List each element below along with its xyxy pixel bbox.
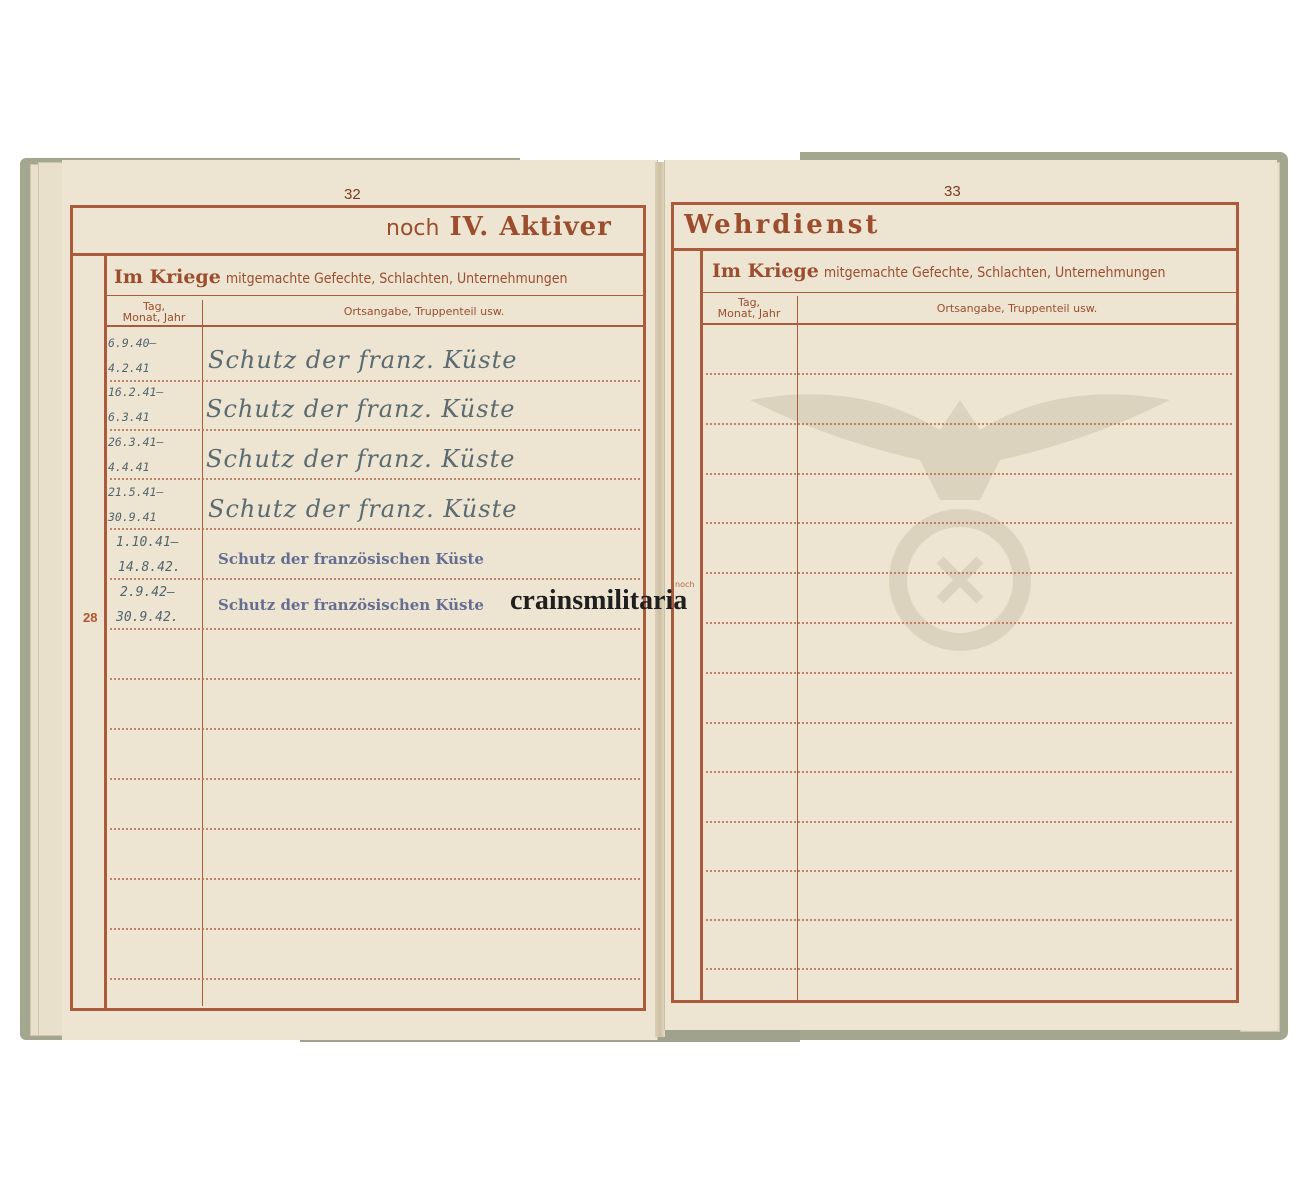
row-line — [706, 373, 1232, 375]
row-line — [110, 928, 640, 930]
row-line — [706, 522, 1232, 524]
entry-date-from: 26.3.41– — [108, 436, 163, 448]
heading-divider — [106, 295, 644, 296]
col-header-place: Ortsangabe, Truppenteil usw. — [206, 306, 642, 317]
entry-text-stamp: Schutz der französischen Küste — [218, 550, 484, 568]
margin-page-reference: 28 — [83, 610, 97, 625]
col-header-date-line2: Monat, Jahr — [704, 308, 794, 319]
entry-date-to: 6.3.41 — [108, 411, 150, 423]
row-line — [706, 722, 1232, 724]
page-number-left: 32 — [344, 186, 361, 203]
entry-date-from: 1.10.41– — [116, 537, 179, 549]
heading-bold: Im Kriege — [114, 266, 221, 288]
header-divider — [106, 325, 644, 327]
entry-text-stamp: Schutz der französischen Küste — [218, 596, 484, 614]
row-line — [110, 429, 640, 431]
entry-text-handwritten: Schutz der franz. Küste — [208, 346, 517, 374]
entry-date-to: 4.2.41 — [108, 362, 150, 374]
title-divider — [70, 253, 646, 256]
title-prefix: noch — [386, 216, 439, 241]
left-margin-rule — [104, 254, 107, 1008]
entry-text-handwritten: Schutz der franz. Küste — [208, 495, 517, 523]
col-header-place: Ortsangabe, Truppenteil usw. — [800, 303, 1234, 314]
heading-divider — [702, 292, 1236, 293]
page-number-right: 33 — [944, 183, 961, 200]
column-separator — [202, 300, 203, 1006]
row-line — [110, 628, 640, 630]
row-line — [110, 578, 640, 580]
row-line — [706, 919, 1232, 921]
row-line — [110, 978, 640, 980]
left-page-title: noch IV. Aktiver — [386, 212, 612, 242]
row-line — [706, 968, 1232, 970]
row-line — [706, 423, 1232, 425]
entry-date-from: 2.9.42– — [120, 587, 175, 599]
row-line — [110, 678, 640, 680]
col-header-date-line2: Monat, Jahr — [108, 312, 200, 323]
column-separator — [797, 296, 798, 1000]
row-line — [706, 473, 1232, 475]
entry-date-to: 30.9.41 — [108, 511, 156, 523]
entry-date-from: 21.5.41– — [108, 486, 163, 498]
heading-rest: mitgemachte Gefechte, Schlachten, Untern… — [226, 271, 568, 287]
row-line — [706, 572, 1232, 574]
section-heading-left: Im Kriege mitgemachte Gefechte, Schlacht… — [114, 266, 567, 288]
row-line — [706, 821, 1232, 823]
row-line — [706, 870, 1232, 872]
row-line — [706, 771, 1232, 773]
entry-date-to: 30.9.42. — [116, 612, 179, 624]
entry-text-handwritten: Schutz der franz. Küste — [206, 395, 515, 423]
entry-date-from: 16.2.41– — [108, 386, 163, 398]
entry-date-to: 14.8.42. — [118, 562, 181, 574]
row-line — [110, 380, 640, 382]
header-divider — [702, 323, 1236, 325]
heading-rest: mitgemachte Gefechte, Schlachten, Untern… — [824, 265, 1166, 281]
title-divider — [671, 248, 1239, 251]
title-main: IV. Aktiver — [450, 212, 612, 242]
section-heading-right: Im Kriege mitgemachte Gefechte, Schlacht… — [712, 260, 1165, 282]
row-line — [110, 528, 640, 530]
col-header-date: Tag, Monat, Jahr — [704, 297, 794, 319]
entry-date-from: 6.9.40– — [108, 337, 156, 349]
row-line — [706, 672, 1232, 674]
left-margin-rule — [700, 249, 703, 1001]
row-line — [110, 478, 640, 480]
seller-watermark: crainsmilitaria — [510, 585, 687, 617]
right-page-title: Wehrdienst — [684, 210, 880, 240]
row-line — [706, 622, 1232, 624]
entry-text-handwritten: Schutz der franz. Küste — [206, 445, 515, 473]
row-line — [110, 878, 640, 880]
entry-date-to: 4.4.41 — [108, 461, 150, 473]
col-header-date: Tag, Monat, Jahr — [108, 301, 200, 323]
row-line — [110, 828, 640, 830]
row-line — [110, 778, 640, 780]
row-line — [110, 728, 640, 730]
heading-bold: Im Kriege — [712, 260, 819, 282]
